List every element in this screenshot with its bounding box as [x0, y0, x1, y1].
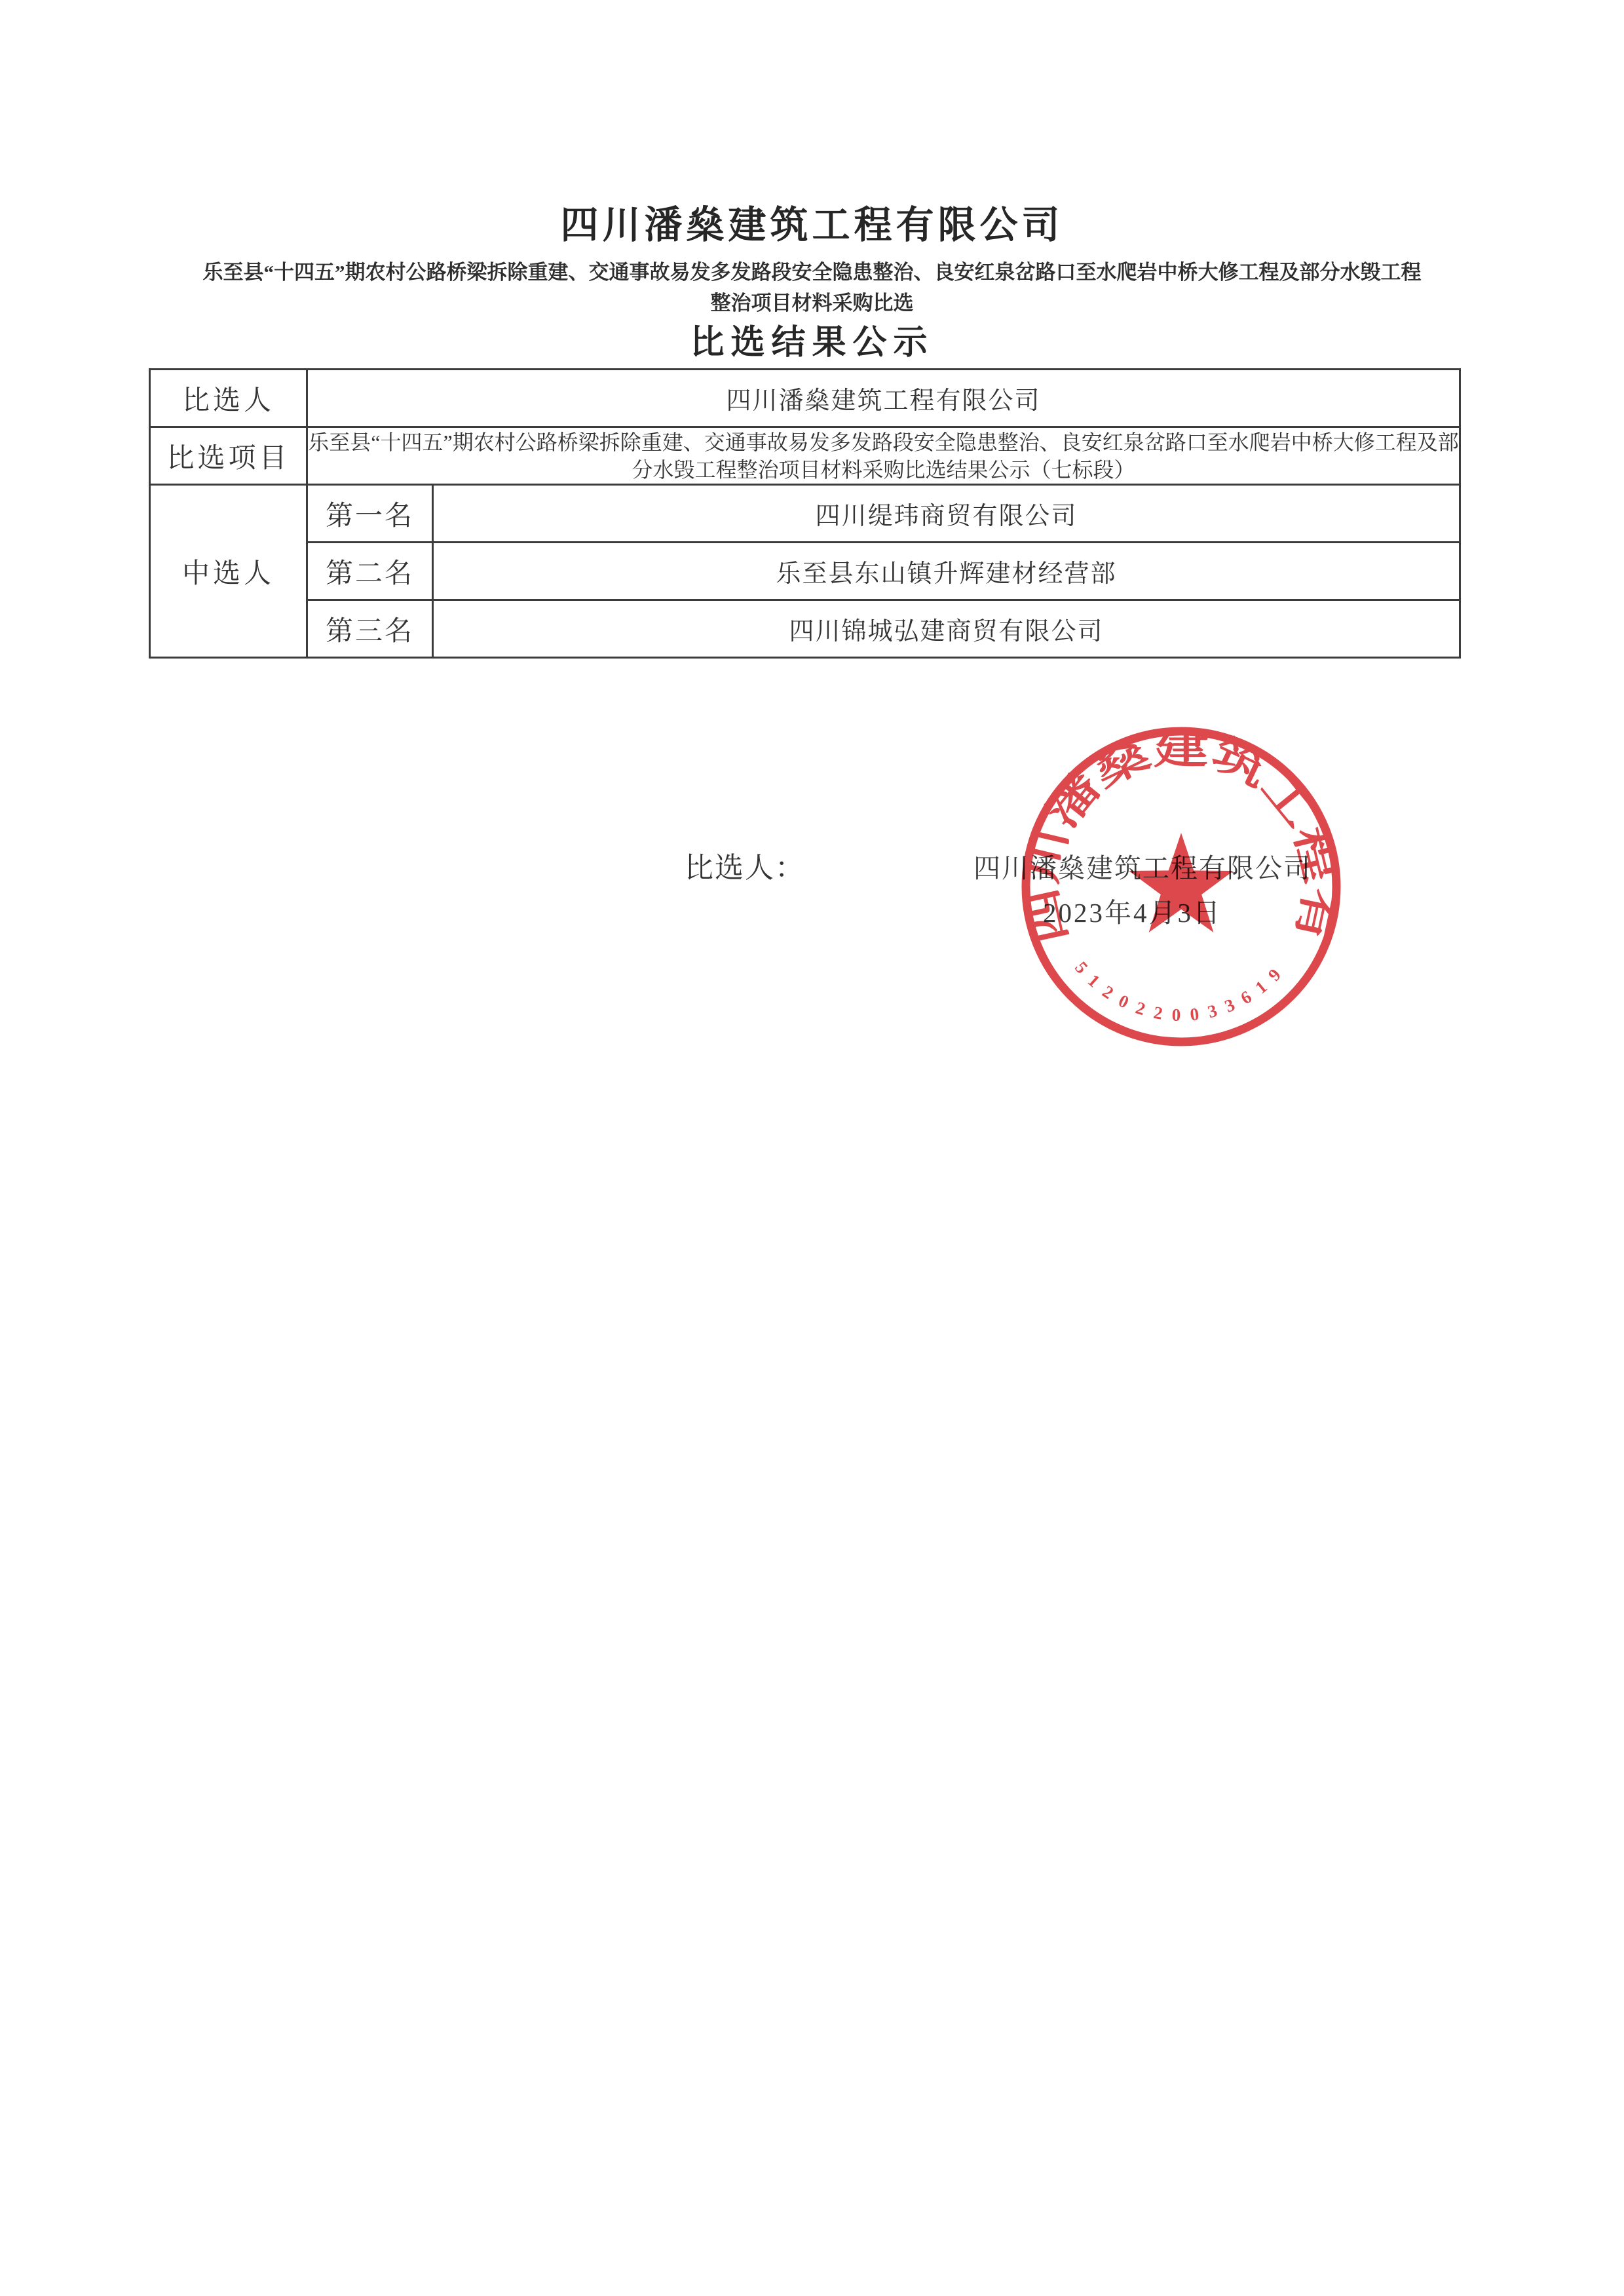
document-page: 四川潘燊建筑工程有限公司 乐至县“十四五”期农村公路桥梁拆除重建、交通事故易发多… [0, 0, 1624, 2296]
results-table: 比选人 四川潘燊建筑工程有限公司 比选项目 乐至县“十四五”期农村公路桥梁拆除重… [149, 368, 1461, 659]
rank2-label-cell: 第二名 [307, 543, 433, 600]
table-row: 比选人 四川潘燊建筑工程有限公司 [150, 370, 1460, 427]
table-row: 第二名 乐至县东山镇升辉建材经营部 [150, 543, 1460, 600]
table-row: 第三名 四川锦城弘建商贸有限公司 [150, 600, 1460, 658]
table-row: 中选人 第一名 四川缇玮商贸有限公司 [150, 485, 1460, 543]
subtitle-line-1: 乐至县“十四五”期农村公路桥梁拆除重建、交通事故易发多发路段安全隐患整治、良安红… [203, 261, 1422, 284]
winner-label-cell: 中选人 [150, 485, 307, 658]
rank2-value-cell: 乐至县东山镇升辉建材经营部 [433, 543, 1460, 600]
subtitle-line-2: 整治项目材料采购比选 [711, 292, 914, 315]
seal-serial: 5120220033619 [1071, 958, 1288, 1025]
rank3-value-cell: 四川锦城弘建商贸有限公司 [433, 600, 1460, 658]
selector-value-cell: 四川潘燊建筑工程有限公司 [307, 370, 1460, 427]
seal-star-icon [1129, 833, 1234, 932]
selector-label-cell: 比选人 [150, 370, 307, 427]
rank1-label-cell: 第一名 [307, 485, 433, 543]
project-label-cell: 比选项目 [150, 427, 307, 485]
project-value-cell: 乐至县“十四五”期农村公路桥梁拆除重建、交通事故易发多发路段安全隐患整治、良安红… [307, 427, 1460, 485]
rank3-label-cell: 第三名 [307, 600, 433, 658]
signature-label: 比选人： [685, 844, 805, 886]
rank1-value-cell: 四川缇玮商贸有限公司 [433, 485, 1460, 543]
project-subtitle: 乐至县“十四五”期农村公路桥梁拆除重建、交通事故易发多发路段安全隐患整治、良安红… [138, 257, 1487, 318]
announcement-heading: 比选结果公示 [0, 315, 1624, 364]
company-title: 四川潘燊建筑工程有限公司 [0, 194, 1624, 249]
table-row: 比选项目 乐至县“十四五”期农村公路桥梁拆除重建、交通事故易发多发路段安全隐患整… [150, 427, 1460, 485]
company-seal: 四川潘燊建筑工程有限公司 5120220033619 [1017, 723, 1345, 1050]
